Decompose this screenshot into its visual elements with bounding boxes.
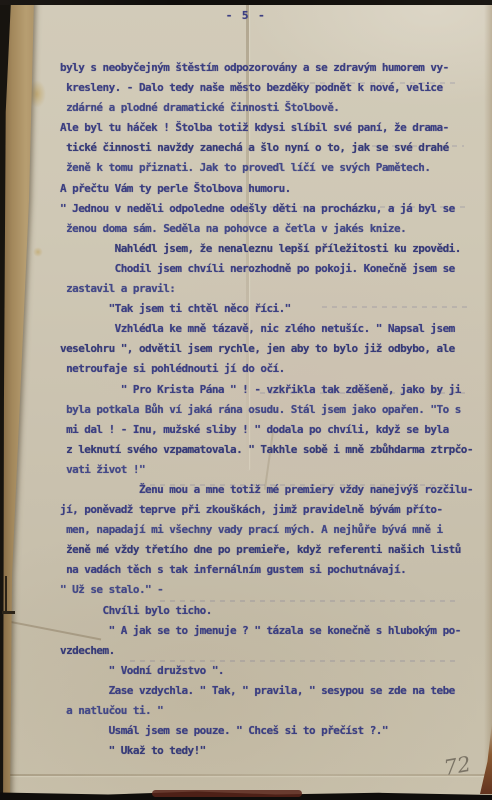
book-edge-wrap [0,0,46,800]
scan-top-border [0,0,492,5]
typed-line: " Ukaž to tedy!" [60,741,492,761]
typed-line: Ženu mou a mne totiž mé premiery vždy na… [60,480,492,500]
typed-line: " Pro Krista Pána " ! - vzkřikla tak zdě… [60,380,492,400]
typed-line: "Tak jsem ti chtěl něco říci." [60,299,492,319]
typed-line: Usmál jsem se pouze. " Chceš si to přečí… [60,721,492,741]
typed-line: Vzhlédla ke mně tázavě, nic zlého netuší… [60,319,492,339]
typed-line: z leknutí svého vzpamatovala. " Takhle s… [60,440,492,460]
typed-line: A přečtu Vám ty perle Štolbova humoru. [60,179,492,199]
typed-line: byla potkala Bůh ví jaká rána osudu. Stá… [60,400,492,420]
typed-line: byly s neobyčejným štěstím odpozorovány … [60,58,492,78]
typed-line: Ale byl tu háček ! Štolba totiž kdysi sl… [60,118,492,138]
underlying-page-edge [0,0,40,800]
page-number: - 5 - [0,9,492,22]
binding-mark [5,576,7,614]
typed-line: na vadách těch s tak infernálním gustem … [60,560,492,580]
typed-line: veselohru ", odvětil jsem rychle, jen ab… [60,339,492,359]
typed-line: " Jednou v neděli odpoledne odešly děti … [60,199,492,219]
pencil-page-annotation: 72 [442,752,472,780]
typed-line: " Už se stalo." - [60,580,492,600]
typed-line: Nahlédl jsem, že nenaleznu lepší příleži… [60,239,492,259]
typed-line: jí, poněvadž teprve při zkouškách, jimž … [60,500,492,520]
bottom-fold-crease [0,774,492,776]
typed-line: kresleny. - Dalo tedy naše město bezděky… [60,78,492,98]
typed-line: Chvíli bylo ticho. [60,601,492,621]
typed-line: Chodil jsem chvíli nerozhodně po pokoji.… [60,259,492,279]
typed-line: zdárné a plodné dramatické činnosti Štol… [60,98,492,118]
typed-line: Zase vzdychla. " Tak, " pravila, " sesyp… [60,681,492,701]
typed-lines: byly s neobyčejným štěstím odpozorovány … [60,58,492,761]
binding-mark-tick [2,611,15,614]
typed-line: netroufaje si pohlédnouti jí do očí. [60,359,492,379]
typed-line: ženě k tomu přiznati. Jak to provedl líč… [60,158,492,178]
typed-line: ženě mé vždy třetího dne po premieře, kd… [60,540,492,560]
typed-line: vzdechem. [60,641,492,661]
typed-line: " Vodní družstvo ". [60,661,492,681]
typed-line: mi dal ! - Inu, mužské sliby ! " dodala … [60,420,492,440]
scanned-page: - 5 - byly s neobyčejným štěstím odpozor… [0,0,492,800]
typed-line: ženou doma sám. Seděla na pohovce a četl… [60,219,492,239]
typed-line: men, napadají mi všechny vady prací mých… [60,520,492,540]
book-cover-sliver [152,790,302,797]
typed-line: tické činnosti navždy zanechá a šlo nyní… [60,138,492,158]
typed-line: a natlučou ti. " [60,701,492,721]
typed-line: vati život !" [60,460,492,480]
typed-line: zastavil a pravil: [60,279,492,299]
typed-line: " A jak se to jmenuje ? " tázala se kone… [60,621,492,641]
